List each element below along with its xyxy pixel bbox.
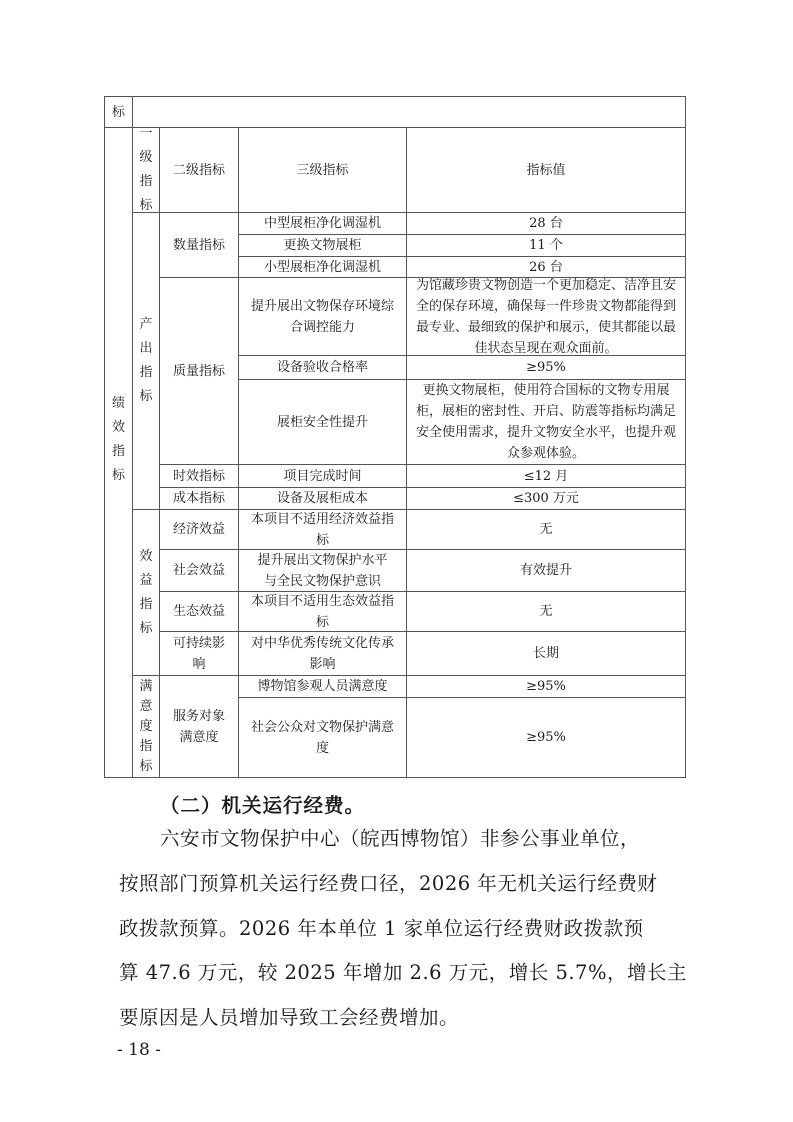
level2-timeliness: 时效指标	[160, 465, 238, 487]
level2-social: 社会效益	[160, 550, 238, 591]
value-cell: 11 个	[407, 235, 685, 256]
performance-indicator-label: 绩效指标	[105, 380, 132, 500]
value-cell: ≤12 月	[407, 465, 685, 487]
header-level2: 二级指标	[160, 128, 238, 212]
level2-quality: 质量指标	[160, 278, 238, 464]
level2-economic: 经济效益	[160, 510, 238, 549]
header-value: 指标值	[407, 128, 685, 212]
level3-cell: 小型展柜净化调湿机	[239, 257, 406, 277]
value-cell: ≤300 万元	[407, 488, 685, 509]
level1-benefit: 效益指标	[133, 510, 159, 675]
level3-cell: 对中华优秀传统文化传承影响	[239, 632, 406, 675]
header-level3: 三级指标	[239, 128, 406, 212]
table-border-bottom	[104, 777, 686, 778]
level3-cell: 提升展出文物保存环境综合调控能力	[239, 278, 406, 355]
value-cell: 28 台	[407, 213, 685, 234]
level3-cell: 设备验收合格率	[239, 356, 406, 379]
level2-quantity: 数量指标	[160, 213, 238, 277]
value-cell: ≥95%	[407, 356, 685, 379]
paragraph-line: 算 47.6 万元，较 2025 年增加 2.6 万元，增长 5.7%，增长主	[119, 953, 687, 993]
level3-cell: 中型展柜净化调湿机	[239, 213, 406, 234]
level3-cell: 更换文物展柜	[239, 235, 406, 256]
paragraph-line: 六安市文物保护中心（皖西博物馆）非参公事业单位，	[160, 819, 640, 859]
level3-cell: 展柜安全性提升	[239, 380, 406, 464]
table-border-right	[685, 96, 686, 778]
level2-ecological: 生态效益	[160, 592, 238, 631]
value-cell: 无	[407, 592, 685, 631]
value-cell: ≥95%	[407, 676, 685, 697]
level2-cost: 成本指标	[160, 488, 238, 509]
continued-label: 标	[105, 97, 132, 127]
level3-cell: 本项目不适用生态效益指标	[239, 592, 406, 631]
level3-cell: 提升展出文物保护水平与全民文物保护意识	[239, 550, 406, 591]
paragraph-line: 政拨款预算。2026 年本单位 1 家单位运行经费财政拨款预	[119, 909, 644, 949]
level3-cell: 博物馆参观人员满意度	[239, 676, 406, 697]
level2-sustainable: 可持续影响	[160, 632, 238, 675]
section-heading: （二）机关运行经费。	[160, 790, 365, 818]
level3-cell: 项目完成时间	[239, 465, 406, 487]
level1-output: 产出指标	[133, 213, 159, 509]
value-cell: 长期	[407, 632, 685, 675]
level3-cell: 本项目不适用经济效益指标	[239, 510, 406, 549]
table-border-top	[104, 96, 686, 97]
level3-cell: 社会公众对文物保护满意度	[239, 698, 406, 777]
paragraph-line: 要原因是人员增加导致工会经费增加。	[119, 998, 459, 1038]
value-cell: 无	[407, 510, 685, 549]
paragraph-line: 按照部门预算机关运行经费口径，2026 年无机关运行经费财	[119, 864, 657, 904]
value-cell: 更换文物展柜，使用符合国标的文物专用展柜，展柜的密封性、开启、防震等指标均满足安…	[407, 380, 685, 464]
level1-satisfaction: 满意度指标	[133, 676, 159, 777]
value-cell: 有效提升	[407, 550, 685, 591]
value-cell: 为馆藏珍贵文物创造一个更加稳定、洁净且安全的保存环境，确保每一件珍贵文物都能得到…	[407, 278, 685, 355]
page-number: - 18 -	[117, 1040, 161, 1060]
level3-cell: 设备及展柜成本	[239, 488, 406, 509]
level2-service-satisfaction: 服务对象满意度	[160, 676, 238, 777]
value-cell: ≥95%	[407, 698, 685, 777]
header-level1: 一级指标	[133, 128, 159, 212]
